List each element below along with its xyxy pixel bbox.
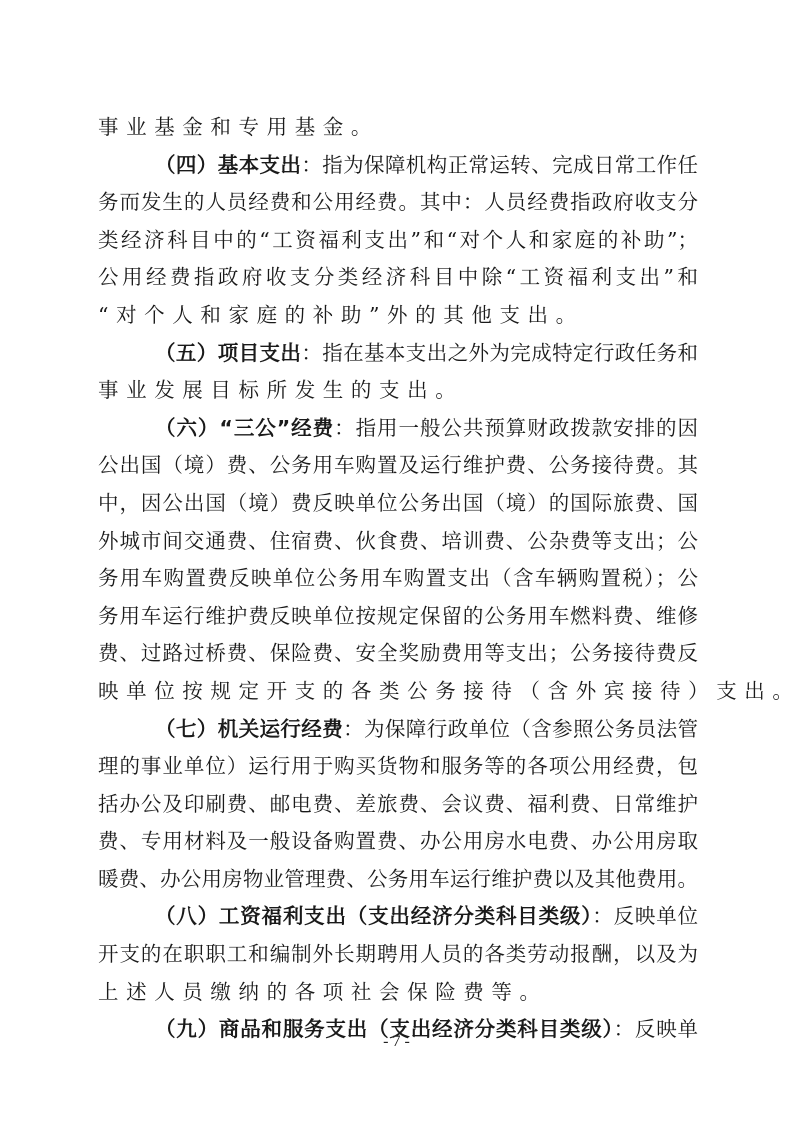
paragraph-text: 外城市间交通费、住宿费、伙食费、培训费、公杂费等支出；公 <box>98 529 698 553</box>
paragraph-text: 公出国（境）费、公务用车购置及运行维护费、公务接待费。其 <box>98 453 698 477</box>
paragraph-text: 事业发展目标所发生的支出。 <box>98 378 463 402</box>
text-line: 务而发生的人员经费和公用经费。其中：人员经费指政府收支分 <box>98 184 698 222</box>
text-line: 括办公及印刷费、邮电费、差旅费、会议费、福利费、日常维护 <box>98 786 698 824</box>
section-heading-line: （四）基本支出：指为保障机构正常运转、完成日常工作任 <box>98 147 698 185</box>
section-heading: （四）基本支出 <box>155 153 301 177</box>
text-line: “对个人和家庭的补助”外的其他支出。 <box>98 297 698 335</box>
paragraph-text: “对个人和家庭的补助”外的其他支出。 <box>98 303 584 327</box>
paragraph-text: 开支的在职职工和编制外长期聘用人员的各类劳动报酬，以及为 <box>98 942 698 966</box>
paragraph-text: ：为保障行政单位（含参照公务员法管 <box>343 717 698 741</box>
text-line: 中，因公出国（境）费反映单位公务出国（境）的国际旅费、国 <box>98 485 698 523</box>
text-line: 务用车购置费反映单位公务用车购置支出（含车辆购置税）；公 <box>98 560 698 598</box>
text-line: 公用经费指政府收支分类经济科目中除“工资福利支出”和 <box>98 259 698 297</box>
paragraph-text: 费、过路过桥费、保险费、安全奖励费用等支出；公务接待费反 <box>98 641 698 665</box>
section-heading-line: （六）“三公”经费：指用一般公共预算财政拨款安排的因 <box>98 410 698 448</box>
section-heading: （五）项目支出 <box>155 341 301 365</box>
paragraph-text: 费、专用材料及一般设备购置费、办公用房水电费、办公用房取 <box>98 829 698 853</box>
paragraph-text: 公用经费指政府收支分类经济科目中除“工资福利支出”和 <box>98 265 698 289</box>
section-heading: （六）“三公”经费 <box>155 416 334 440</box>
page-number: - 7 - <box>0 1033 793 1051</box>
text-line: 费、专用材料及一般设备购置费、办公用房水电费、办公用房取 <box>98 823 698 861</box>
paragraph-text: 务用车运行维护费反映单位按规定保留的公务用车燃料费、维修 <box>98 604 698 628</box>
paragraph-text: 上述人员缴纳的各项社会保险费等。 <box>98 980 548 1004</box>
section-heading-line: （八）工资福利支出（支出经济分类科目类级）：反映单位 <box>98 898 698 936</box>
text-line: 理的事业单位）运行用于购买货物和服务等的各项公用经费，包 <box>98 748 698 786</box>
paragraph-text: 中，因公出国（境）费反映单位公务出国（境）的国际旅费、国 <box>98 491 698 515</box>
paragraph-text: 括办公及印刷费、邮电费、差旅费、会议费、福利费、日常维护 <box>98 792 698 816</box>
section-heading: （七）机关运行经费 <box>155 717 343 741</box>
text-line: 公出国（境）费、公务用车购置及运行维护费、公务接待费。其 <box>98 447 698 485</box>
text-line: 事业基金和专用基金。 <box>98 109 698 147</box>
paragraph-text: 映单位按规定开支的各类公务接待（含外宾接待）支出。 <box>98 679 793 703</box>
text-line: 暖费、办公用房物业管理费、公务用车运行维护费以及其他费用。 <box>98 861 698 899</box>
paragraph-text: 务而发生的人员经费和公用经费。其中：人员经费指政府收支分 <box>98 190 698 214</box>
paragraph-text: 理的事业单位）运行用于购买货物和服务等的各项公用经费，包 <box>98 754 698 778</box>
document-body: 事业基金和专用基金。 （四）基本支出：指为保障机构正常运转、完成日常工作任 务而… <box>98 109 698 1049</box>
text-line: 开支的在职职工和编制外长期聘用人员的各类劳动报酬，以及为 <box>98 936 698 974</box>
text-line: 务用车运行维护费反映单位按规定保留的公务用车燃料费、维修 <box>98 598 698 636</box>
paragraph-text: 务用车购置费反映单位公务用车购置支出（含车辆购置税）；公 <box>98 566 698 590</box>
paragraph-text: 暖费、办公用房物业管理费、公务用车运行维护费以及其他费用。 <box>98 867 698 891</box>
paragraph-text: ：反映单位 <box>592 904 698 928</box>
paragraph-text: ：指在基本支出之外为完成特定行政任务和 <box>301 341 698 365</box>
text-line: 类经济科目中的“工资福利支出”和“对个人和家庭的补助”； <box>98 222 698 260</box>
text-line: 外城市间交通费、住宿费、伙食费、培训费、公杂费等支出；公 <box>98 523 698 561</box>
section-heading: （八）工资福利支出（支出经济分类科目类级） <box>155 904 592 928</box>
text-line: 映单位按规定开支的各类公务接待（含外宾接待）支出。 <box>98 673 698 711</box>
paragraph-text: 事业基金和专用基金。 <box>98 115 379 139</box>
section-heading-line: （五）项目支出：指在基本支出之外为完成特定行政任务和 <box>98 335 698 373</box>
text-line: 上述人员缴纳的各项社会保险费等。 <box>98 974 698 1012</box>
paragraph-text: ：指为保障机构正常运转、完成日常工作任 <box>301 153 698 177</box>
paragraph-text: 类经济科目中的“工资福利支出”和“对个人和家庭的补助”； <box>98 228 698 252</box>
paragraph-text: ：指用一般公共预算财政拨款安排的因 <box>334 416 698 440</box>
text-line: 事业发展目标所发生的支出。 <box>98 372 698 410</box>
text-line: 费、过路过桥费、保险费、安全奖励费用等支出；公务接待费反 <box>98 635 698 673</box>
section-heading-line: （七）机关运行经费：为保障行政单位（含参照公务员法管 <box>98 711 698 749</box>
